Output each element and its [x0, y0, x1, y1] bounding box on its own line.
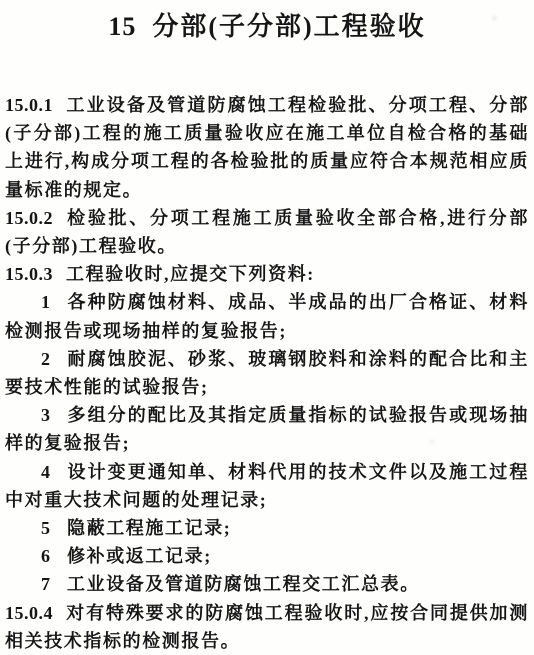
item-text: 多组分的配比及其指定质量指标的试验报告或现场抽样的复验报告;	[5, 405, 529, 453]
chapter-number: 15	[108, 12, 136, 41]
clause-paragraph: 15.0.3工程验收时,应提交下列资料:	[5, 260, 529, 288]
clause-paragraph: 15.0.1工业设备及管道防腐蚀工程检验批、分项工程、分部(子分部)工程的施工质…	[5, 91, 529, 204]
list-item: 4设计变更通知单、材料代用的技术文件以及施工过程中对重大技术问题的处理记录;	[5, 458, 529, 514]
clause-paragraph: 15.0.2检验批、分项工程施工质量验收全部合格,进行分部(子分部)工程验收。	[5, 204, 529, 260]
document-page: 15分部(子分部)工程验收 15.0.1工业设备及管道防腐蚀工程检验批、分项工程…	[0, 0, 534, 655]
clause-paragraph: 15.0.4对有特殊要求的防腐蚀工程验收时,应按合同提供加测相关技术指标的检测报…	[5, 599, 529, 655]
document-body: 15.0.1工业设备及管道防腐蚀工程检验批、分项工程、分部(子分部)工程的施工质…	[5, 91, 529, 655]
item-text: 设计变更通知单、材料代用的技术文件以及施工过程中对重大技术问题的处理记录;	[5, 462, 529, 510]
item-number: 1	[41, 292, 50, 312]
item-text: 耐腐蚀胶泥、砂浆、玻璃钢胶料和涂料的配合比和主要技术性能的试验报告;	[5, 349, 529, 397]
item-number: 5	[41, 518, 50, 538]
list-item: 1各种防腐蚀材料、成品、半成品的出厂合格证、材料检测报告或现场抽样的复验报告;	[5, 288, 529, 344]
item-number: 4	[41, 462, 50, 482]
item-number: 3	[41, 405, 50, 425]
clause-number: 15.0.3	[5, 264, 53, 284]
list-item: 3多组分的配比及其指定质量指标的试验报告或现场抽样的复验报告;	[5, 401, 529, 457]
chapter-title-text: 分部(子分部)工程验收	[152, 12, 425, 41]
chapter-title: 15分部(子分部)工程验收	[5, 12, 529, 42]
list-item: 6修补或返工记录;	[5, 542, 529, 570]
item-text: 工业设备及管道防腐蚀工程交工汇总表。	[67, 574, 420, 594]
item-text: 各种防腐蚀材料、成品、半成品的出厂合格证、材料检测报告或现场抽样的复验报告;	[5, 292, 529, 340]
list-item: 2耐腐蚀胶泥、砂浆、玻璃钢胶料和涂料的配合比和主要技术性能的试验报告;	[5, 345, 529, 401]
item-number: 2	[41, 349, 50, 369]
item-text: 修补或返工记录;	[67, 546, 212, 566]
clause-text: 检验批、分项工程施工质量验收全部合格,进行分部(子分部)工程验收。	[5, 208, 529, 256]
clause-text: 工程验收时,应提交下列资料:	[66, 264, 315, 284]
list-item: 5隐蔽工程施工记录;	[5, 514, 529, 542]
clause-number: 15.0.1	[5, 95, 53, 115]
clause-text: 对有特殊要求的防腐蚀工程验收时,应按合同提供加测相关技术指标的检测报告。	[5, 603, 529, 651]
clause-text: 工业设备及管道防腐蚀工程检验批、分项工程、分部(子分部)工程的施工质量验收应在施…	[5, 95, 529, 200]
list-item: 7工业设备及管道防腐蚀工程交工汇总表。	[5, 570, 529, 598]
item-number: 6	[41, 546, 50, 566]
clause-number: 15.0.2	[5, 208, 53, 228]
item-number: 7	[41, 574, 50, 594]
item-text: 隐蔽工程施工记录;	[67, 518, 231, 538]
clause-number: 15.0.4	[5, 603, 53, 623]
